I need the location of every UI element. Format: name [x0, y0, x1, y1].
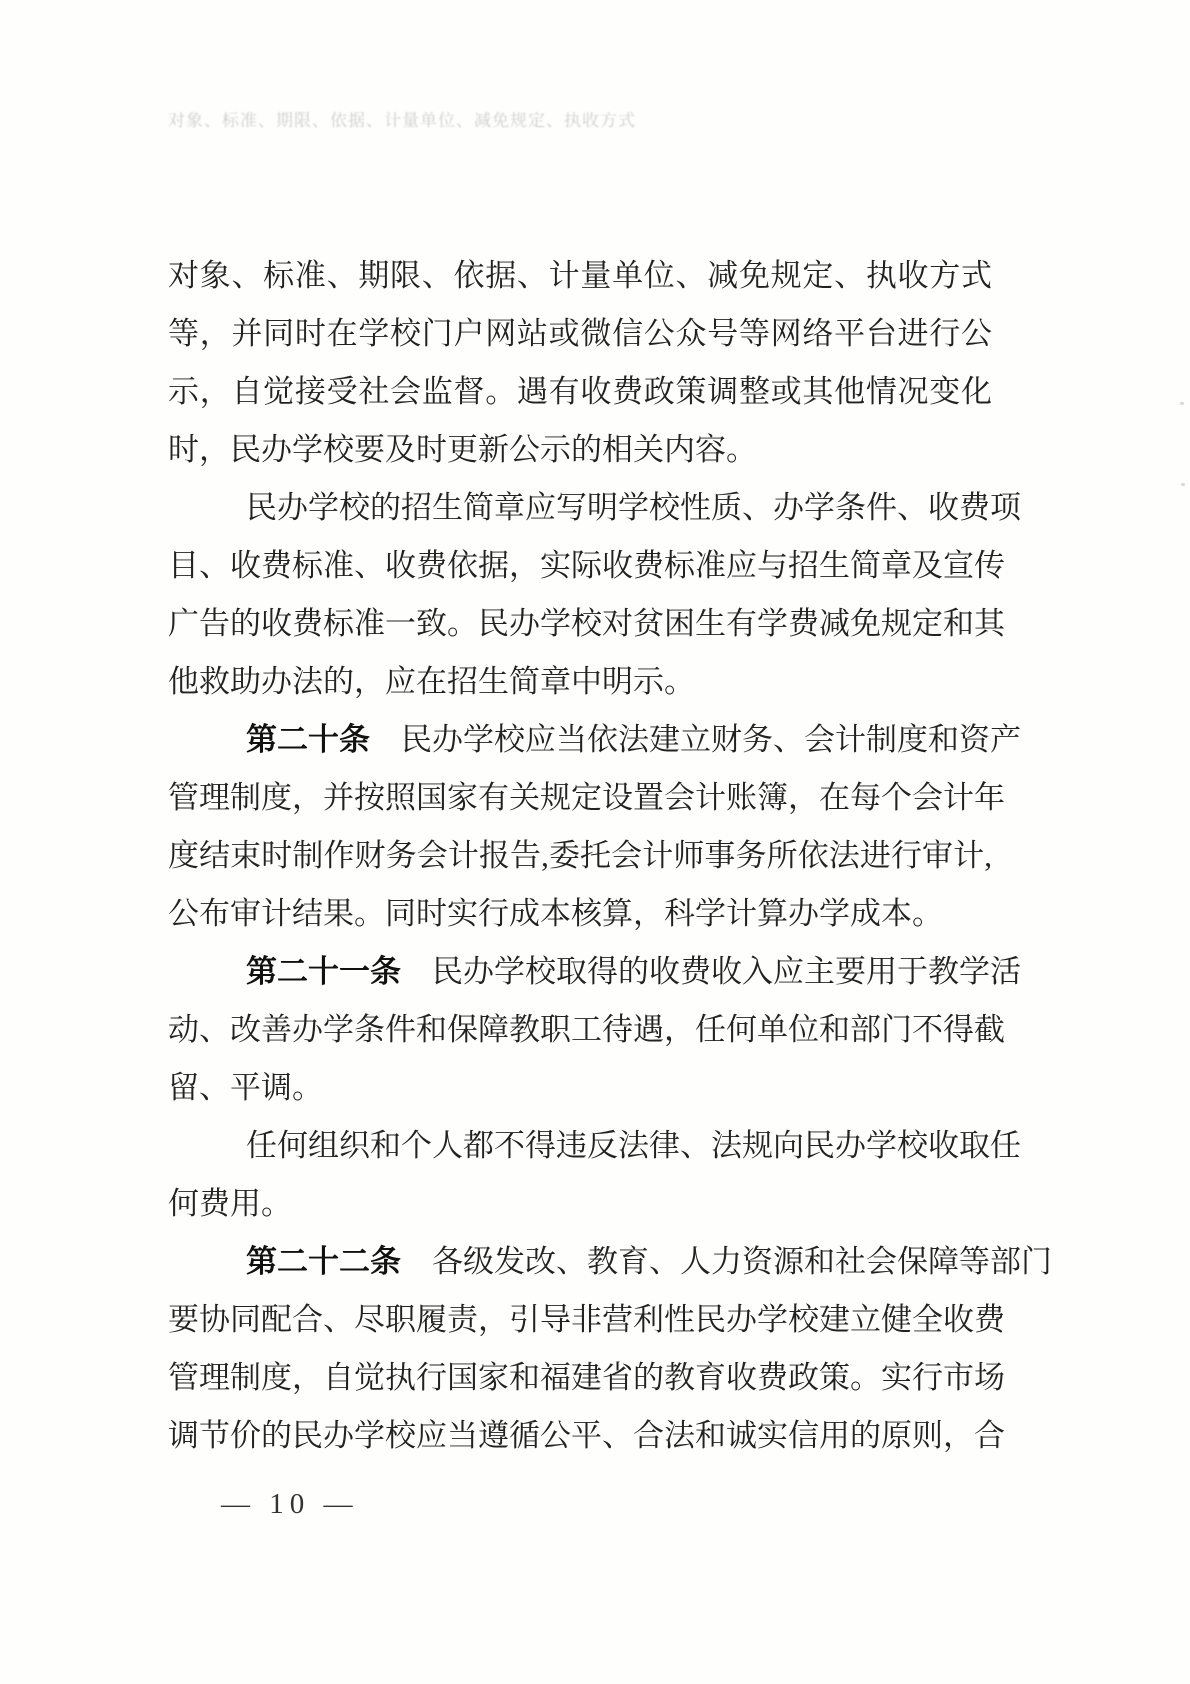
- text-line: 要协同配合、尽职履责，引导非营利性民办学校建立健全收费: [168, 1291, 992, 1349]
- text-line: 公布审计结果。同时实行成本核算，科学计算办学成本。: [168, 885, 992, 943]
- text-line: 留、平调。: [168, 1059, 992, 1117]
- text-line: 动、改善办学条件和保障教职工待遇，任何单位和部门不得截: [168, 1001, 992, 1059]
- text-line: 目、收费标准、收费依据，实际收费标准应与招生简章及宣传: [168, 537, 992, 595]
- scan-bleed-artifact: 对象、标准、期限、依据、计量单位、减免规定、执收方式: [168, 112, 668, 129]
- text-line: 第二十条 民办学校应当依法建立财务、会计制度和资产: [168, 711, 992, 769]
- article-number: 第二十一条: [246, 954, 401, 989]
- text-line: 他救助办法的，应在招生简章中明示。: [168, 653, 992, 711]
- text-line: 何费用。: [168, 1175, 992, 1233]
- article-text: 各级发改、教育、人力资源和社会保障等部门: [401, 1244, 1052, 1279]
- article-text: 民办学校取得的收费收入应主要用于教学活: [401, 954, 1021, 989]
- text-line: 示，自觉接受社会监督。遇有收费政策调整或其他情况变化: [168, 363, 992, 421]
- article-number: 第二十二条: [246, 1244, 401, 1279]
- body-text: 对象、标准、期限、依据、计量单位、减免规定、执收方式 等，并同时在学校门户网站或…: [168, 247, 992, 1465]
- text-line: 度结束时制作财务会计报告,委托会计师事务所依法进行审计,: [168, 827, 992, 885]
- article-number: 第二十条: [246, 722, 370, 757]
- page-number: — 10 —: [221, 1488, 359, 1521]
- text-line: 第二十一条 民办学校取得的收费收入应主要用于教学活: [168, 943, 992, 1001]
- text-line: 调节价的民办学校应当遵循公平、合法和诚实信用的原则，合: [168, 1407, 992, 1465]
- article-text: 民办学校应当依法建立财务、会计制度和资产: [370, 722, 1021, 757]
- text-line: 第二十二条 各级发改、教育、人力资源和社会保障等部门: [168, 1233, 992, 1291]
- text-line: 等，并同时在学校门户网站或微信公众号等网络平台进行公: [168, 305, 992, 363]
- text-line: 任何组织和个人都不得违反法律、法规向民办学校收取任: [168, 1117, 992, 1175]
- text-line: 管理制度，自觉执行国家和福建省的教育收费政策。实行市场: [168, 1349, 992, 1407]
- text-line: 对象、标准、期限、依据、计量单位、减免规定、执收方式: [168, 247, 992, 305]
- scan-speck: [1180, 402, 1184, 405]
- text-line: 时，民办学校要及时更新公示的相关内容。: [168, 421, 992, 479]
- text-line: 民办学校的招生简章应写明学校性质、办学条件、收费项: [168, 479, 992, 537]
- text-line: 管理制度，并按照国家有关规定设置会计账簿，在每个会计年: [168, 769, 992, 827]
- scan-speck: [1181, 483, 1185, 486]
- document-page: 对象、标准、期限、依据、计量单位、减免规定、执收方式 对象、标准、期限、依据、计…: [0, 0, 1190, 1684]
- text-line: 广告的收费标准一致。民办学校对贫困生有学费减免规定和其: [168, 595, 992, 653]
